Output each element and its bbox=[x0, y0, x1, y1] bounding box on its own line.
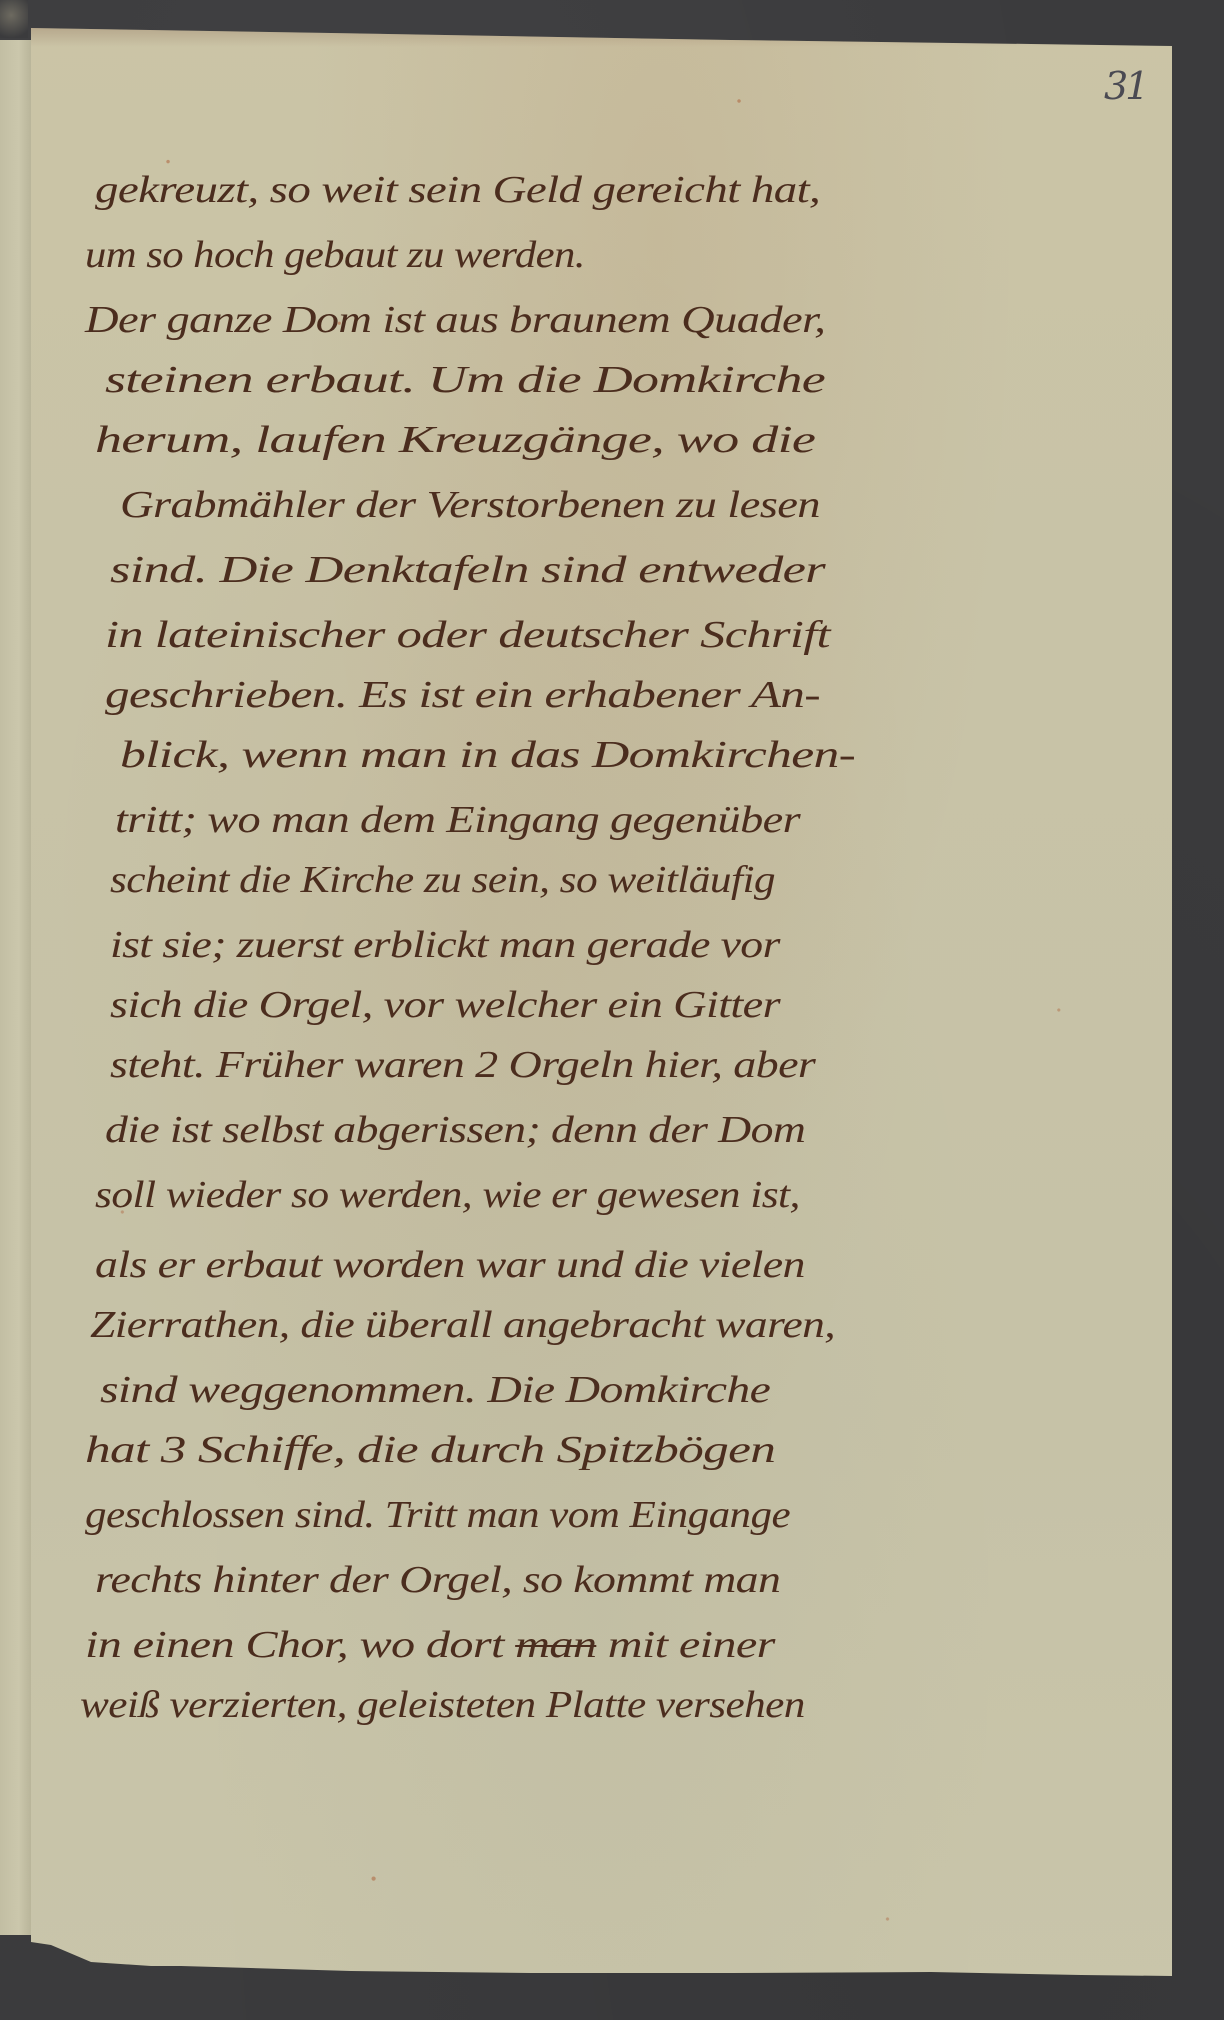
manuscript-line: steinen erbaut. Um die Domkirche bbox=[105, 361, 825, 399]
manuscript-line: sind. Die Denktafeln sind entweder bbox=[110, 551, 825, 589]
manuscript-line: die ist selbst abgerissen; denn der Dom bbox=[105, 1111, 805, 1149]
manuscript-line: rechts hinter der Orgel, so kommt man bbox=[95, 1561, 780, 1599]
manuscript-line: soll wieder so werden, wie er gewesen is… bbox=[95, 1176, 800, 1214]
book-spine-gutter bbox=[0, 40, 33, 1935]
manuscript-line: um so hoch gebaut zu werden. bbox=[85, 236, 585, 274]
manuscript-line: Grabmähler der Verstorbenen zu lesen bbox=[120, 486, 820, 524]
manuscript-line: Der ganze Dom ist aus braunem Quader, bbox=[85, 301, 825, 339]
manuscript-line: weiß verzierten, geleisteten Platte vers… bbox=[80, 1686, 805, 1724]
manuscript-line: gekreuzt, so weit sein Geld gereicht hat… bbox=[95, 171, 820, 209]
manuscript-line: scheint die Kirche zu sein, so weitläufi… bbox=[110, 861, 775, 899]
manuscript-line: steht. Früher waren 2 Orgeln hier, aber bbox=[110, 1046, 815, 1084]
manuscript-line: geschlossen sind. Tritt man vom Eingange bbox=[85, 1496, 790, 1534]
binding-corner bbox=[0, 0, 28, 38]
manuscript-line: sind weggenommen. Die Domkirche bbox=[100, 1371, 770, 1409]
line-segment: in einen Chor, wo dort bbox=[85, 1624, 515, 1666]
manuscript-line: sich die Orgel, vor welcher ein Gitter bbox=[110, 986, 780, 1024]
manuscript-scan: 31 gekreuzt, so weit sein Geld gereicht … bbox=[0, 0, 1224, 2020]
manuscript-line: ist sie; zuerst erblickt man gerade vor bbox=[110, 926, 780, 964]
line-segment: mit einer bbox=[596, 1624, 774, 1666]
struck-through-word: man bbox=[515, 1624, 596, 1666]
manuscript-line: tritt; wo man dem Eingang gegenüber bbox=[115, 801, 800, 839]
manuscript-line: in einen Chor, wo dort man mit einer bbox=[85, 1626, 775, 1664]
manuscript-line: als er erbaut worden war und die vielen bbox=[95, 1246, 805, 1284]
page-number: 31 bbox=[1104, 64, 1146, 108]
manuscript-line: Zierrathen, die überall angebracht waren… bbox=[90, 1306, 835, 1344]
manuscript-line: hat 3 Schiffe, die durch Spitzbögen bbox=[85, 1431, 775, 1469]
manuscript-line: geschrieben. Es ist ein erhabener An- bbox=[105, 676, 820, 714]
manuscript-line: blick, wenn man in das Domkirchen- bbox=[120, 736, 855, 774]
manuscript-line: in lateinischer oder deutscher Schrift bbox=[105, 616, 830, 654]
manuscript-line: herum, laufen Kreuzgänge, wo die bbox=[95, 421, 815, 459]
